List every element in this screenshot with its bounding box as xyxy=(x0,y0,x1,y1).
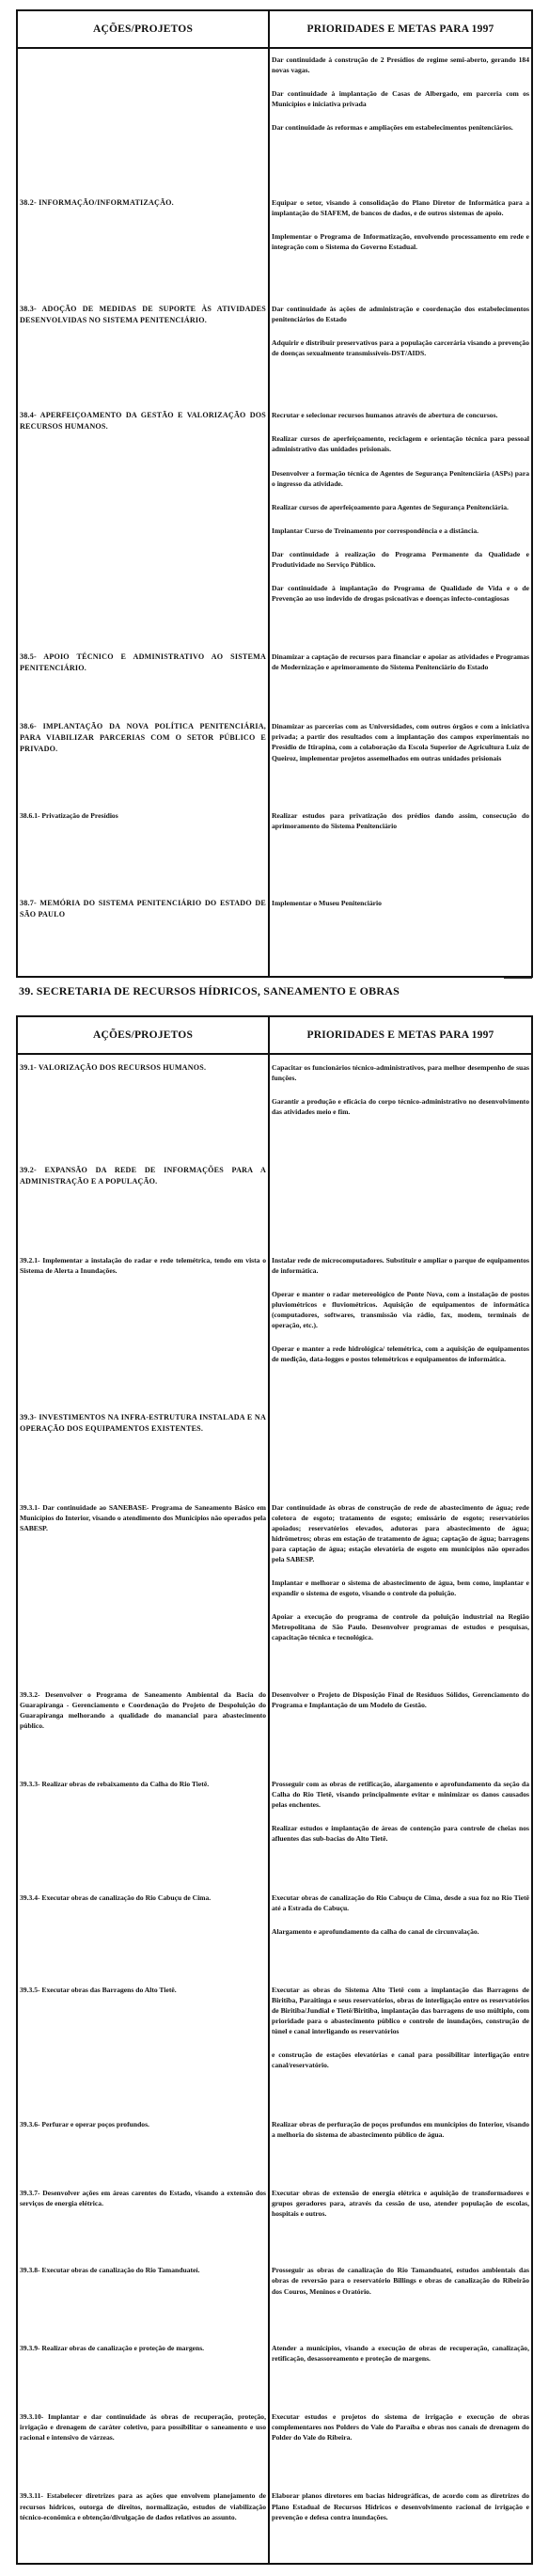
action-cell: 38.4- APERFEIÇOAMENTO DA GESTÃO E VALORI… xyxy=(17,399,269,644)
table-row: 39.3- INVESTIMENTOS NA INFRA-ESTRUTURA I… xyxy=(17,1405,532,1494)
goal-item: Adquirir e distribuir preservativos para… xyxy=(272,338,529,358)
action-cell: 39.3.4- Executar obras de canalização do… xyxy=(17,1885,269,1977)
table-row: 39.3.4- Executar obras de canalização do… xyxy=(17,1885,532,1977)
table-row: 39.3.11- Estabelecer diretrizes para as … xyxy=(17,2483,532,2563)
column-header-actions: AÇÕES/PROJETOS xyxy=(17,1016,269,1054)
action-text: 39.1- VALORIZAÇÃO DOS RECURSOS HUMANOS. xyxy=(20,1062,266,1074)
column-header-actions: AÇÕES/PROJETOS xyxy=(17,10,269,48)
priorities-cell: Executar as obras do Sistema Alto Tietê … xyxy=(269,1977,532,2112)
priorities-cell: Dar continuidade às obras de construção … xyxy=(269,1495,532,1684)
goal-item: Dar continuidade às ações de administraç… xyxy=(272,304,529,324)
goal-item: Implementar o Programa de Informatização… xyxy=(272,231,529,252)
goal-item: Realizar estudos e implantação de áreas … xyxy=(272,1823,529,1844)
table-row: 38.5- APOIO TÉCNICO E ADMINISTRATIVO AO … xyxy=(17,644,532,714)
table-row: 39.2- EXPANSÃO DA REDE DE INFORMAÇÕES PA… xyxy=(17,1157,532,1247)
table-row: Dar continuidade à construção de 2 Presí… xyxy=(17,48,532,173)
priorities-cell: Recrutar e selecionar recursos humanos a… xyxy=(269,399,532,644)
action-cell: 39.2.1- Implementar a instalação do rada… xyxy=(17,1248,269,1406)
goal-item: Executar estudos e projetos do sistema d… xyxy=(272,2411,529,2442)
goal-item: Dinamizar as parcerias com as Universida… xyxy=(272,721,529,762)
table-header-row: AÇÕES/PROJETOS PRIORIDADES E METAS PARA … xyxy=(17,1016,532,1054)
action-cell: 38.6.1- Privatização de Presídios xyxy=(17,803,269,890)
goal-item: Operar e manter o radar metereológico de… xyxy=(272,1289,529,1330)
priorities-cell: Dinamizar a captação de recursos para fi… xyxy=(269,644,532,714)
action-cell: 39.3.8- Executar obras de canalização do… xyxy=(17,2259,269,2336)
action-cell: 39.3.7- Desenvolver ações em áreas caren… xyxy=(17,2180,269,2259)
action-text: 39.3.7- Desenvolver ações em áreas caren… xyxy=(20,2188,266,2208)
action-text: 38.6.1- Privatização de Presídios xyxy=(20,810,266,821)
priorities-cell: Dar continuidade à construção de 2 Presí… xyxy=(269,48,532,173)
table-row: 38.6- IMPLANTAÇÃO DA NOVA POLÍTICA PENIT… xyxy=(17,714,532,803)
goal-item: Operar e manter a rede hidrológica/ tele… xyxy=(272,1343,529,1364)
action-cell: 39.3.6- Perfurar e operar poços profundo… xyxy=(17,2112,269,2180)
table-row: 39.3.5- Executar obras das Barragens do … xyxy=(17,1977,532,2112)
action-text: 39.3.10- Implantar e dar continuidade às… xyxy=(20,2411,266,2442)
priorities-cell: Realizar estudos para privatização dos p… xyxy=(269,803,532,890)
priorities-cell: Capacitar os funcionários técnico-admini… xyxy=(269,1054,532,1157)
action-text: 38.2- INFORMAÇÃO/INFORMATIZAÇÃO. xyxy=(20,197,266,209)
priorities-cell: Atender a municípios, visando a execução… xyxy=(269,2337,532,2404)
table-row: 39.1- VALORIZAÇÃO DOS RECURSOS HUMANOS.C… xyxy=(17,1054,532,1157)
goal-item: Realizar estudos para privatização dos p… xyxy=(272,810,529,831)
action-cell: 39.2- EXPANSÃO DA REDE DE INFORMAÇÕES PA… xyxy=(17,1157,269,1247)
goal-item: Implementar o Museu Penitenciário xyxy=(272,898,529,908)
table-row: 39.3.1- Dar continuidade ao SANEBASE- Pr… xyxy=(17,1495,532,1684)
column-header-priorities: PRIORIDADES E METAS PARA 1997 xyxy=(269,10,532,48)
action-text: 38.6- IMPLANTAÇÃO DA NOVA POLÍTICA PENIT… xyxy=(20,721,266,754)
table-row: 38.7- MEMÓRIA DO SISTEMA PENITENCIÁRIO D… xyxy=(17,890,532,977)
action-cell: 38.6- IMPLANTAÇÃO DA NOVA POLÍTICA PENIT… xyxy=(17,714,269,803)
goal-item: e construção de estações elevatórias e c… xyxy=(272,2050,529,2070)
goal-item: Elaborar planos diretores em bacias hidr… xyxy=(272,2490,529,2521)
goal-item: Implantar Curso de Treinamento por corre… xyxy=(272,526,529,536)
plan-table-section-38: AÇÕES/PROJETOS PRIORIDADES E METAS PARA … xyxy=(16,9,533,978)
action-text: 38.3- ADOÇÃO DE MEDIDAS DE SUPORTE ÀS AT… xyxy=(20,304,266,326)
action-cell: 39.3.1- Dar continuidade ao SANEBASE- Pr… xyxy=(17,1495,269,1684)
action-cell: 39.3.3- Realizar obras de rebaixamento d… xyxy=(17,1771,269,1885)
goal-item: Executar obras de extensão de energia el… xyxy=(272,2188,529,2219)
priorities-cell: Prosseguir com as obras de retificação, … xyxy=(269,1771,532,1885)
action-cell: 39.3.9- Realizar obras de canalização e … xyxy=(17,2337,269,2404)
table-row: 38.4- APERFEIÇOAMENTO DA GESTÃO E VALORI… xyxy=(17,399,532,644)
scan-artifact xyxy=(504,978,532,979)
plan-table-section-39: AÇÕES/PROJETOS PRIORIDADES E METAS PARA … xyxy=(16,1015,533,2565)
priorities-cell: Equipar o setor, visando à consolidação … xyxy=(269,173,532,292)
goal-item: Recrutar e selecionar recursos humanos a… xyxy=(272,410,529,420)
action-text: 39.3.11- Estabelecer diretrizes para as … xyxy=(20,2490,266,2521)
table-row: 39.3.10- Implantar e dar continuidade às… xyxy=(17,2404,532,2483)
goal-item: Realizar obras de perfuração de poços pr… xyxy=(272,2119,529,2140)
goal-item: Prosseguir com as obras de retificação, … xyxy=(272,1779,529,1810)
goal-item: Executar as obras do Sistema Alto Tietê … xyxy=(272,1985,529,2036)
action-cell: 39.1- VALORIZAÇÃO DOS RECURSOS HUMANOS. xyxy=(17,1054,269,1157)
goal-item: Dar continuidade às reformas e ampliaçõe… xyxy=(272,122,529,133)
action-text: 39.3.3- Realizar obras de rebaixamento d… xyxy=(20,1779,266,1789)
priorities-cell xyxy=(269,1157,532,1247)
goal-item: Dar continuidade à realização do Program… xyxy=(272,549,529,570)
action-text: 39.3.6- Perfurar e operar poços profundo… xyxy=(20,2119,266,2129)
table-header-row: AÇÕES/PROJETOS PRIORIDADES E METAS PARA … xyxy=(17,10,532,48)
action-text: 39.3.1- Dar continuidade ao SANEBASE- Pr… xyxy=(20,1502,266,1533)
goal-item: Equipar o setor, visando à consolidação … xyxy=(272,197,529,218)
priorities-cell: Executar obras de canalização do Rio Cab… xyxy=(269,1885,532,1977)
goal-item: Atender a municípios, visando a execução… xyxy=(272,2343,529,2364)
table-row: 39.2.1- Implementar a instalação do rada… xyxy=(17,1248,532,1406)
action-cell: 38.7- MEMÓRIA DO SISTEMA PENITENCIÁRIO D… xyxy=(17,890,269,977)
action-cell: 39.3.10- Implantar e dar continuidade às… xyxy=(17,2404,269,2483)
goal-item: Dar continuidade à implantação do Progra… xyxy=(272,583,529,604)
action-cell: 39.3.2- Desenvolver o Programa de Saneam… xyxy=(17,1684,269,1771)
action-cell: 38.2- INFORMAÇÃO/INFORMATIZAÇÃO. xyxy=(17,173,269,292)
priorities-cell: Prosseguir as obras de canalização do Ri… xyxy=(269,2259,532,2336)
goal-item: Implantar e melhorar o sistema de abaste… xyxy=(272,1578,529,1598)
action-text: 39.3.8- Executar obras de canalização do… xyxy=(20,2265,266,2275)
action-text: 39.3.2- Desenvolver o Programa de Saneam… xyxy=(20,1689,266,1731)
table-row: 39.3.3- Realizar obras de rebaixamento d… xyxy=(17,1771,532,1885)
priorities-cell: Executar obras de extensão de energia el… xyxy=(269,2180,532,2259)
action-text: 39.3- INVESTIMENTOS NA INFRA-ESTRUTURA I… xyxy=(20,1412,266,1435)
priorities-cell: Realizar obras de perfuração de poços pr… xyxy=(269,2112,532,2180)
goal-item: Apoiar a execução do programa de control… xyxy=(272,1611,529,1642)
goal-item: Executar obras de canalização do Rio Cab… xyxy=(272,1893,529,1913)
action-text: 38.4- APERFEIÇOAMENTO DA GESTÃO E VALORI… xyxy=(20,410,266,432)
goal-item: Dar continuidade às obras de construção … xyxy=(272,1502,529,1564)
action-cell: 38.5- APOIO TÉCNICO E ADMINISTRATIVO AO … xyxy=(17,644,269,714)
action-text: 39.3.9- Realizar obras de canalização e … xyxy=(20,2343,266,2353)
goal-item: Desenvolver o Projeto de Disposição Fina… xyxy=(272,1689,529,1710)
table-row: 39.3.8- Executar obras de canalização do… xyxy=(17,2259,532,2336)
goal-item: Prosseguir as obras de canalização do Ri… xyxy=(272,2265,529,2296)
goal-item: Capacitar os funcionários técnico-admini… xyxy=(272,1062,529,1083)
table-row: 38.2- INFORMAÇÃO/INFORMATIZAÇÃO.Equipar … xyxy=(17,173,532,292)
priorities-cell xyxy=(269,1405,532,1494)
action-cell: 39.3.5- Executar obras das Barragens do … xyxy=(17,1977,269,2112)
table-row: 39.3.2- Desenvolver o Programa de Saneam… xyxy=(17,1684,532,1771)
priorities-cell: Dar continuidade às ações de administraç… xyxy=(269,292,532,399)
priorities-cell: Dinamizar as parcerias com as Universida… xyxy=(269,714,532,803)
action-text: 39.3.5- Executar obras das Barragens do … xyxy=(20,1985,266,1995)
goal-item: Dar continuidade à construção de 2 Presí… xyxy=(272,55,529,75)
action-text: 39.2.1- Implementar a instalação do rada… xyxy=(20,1255,266,1276)
table-row: 39.3.6- Perfurar e operar poços profundo… xyxy=(17,2112,532,2180)
goal-item: Desenvolver a formação técnica de Agente… xyxy=(272,468,529,489)
action-cell xyxy=(17,48,269,173)
goal-item: Dinamizar a captação de recursos para fi… xyxy=(272,652,529,672)
section-title: 39. SECRETARIA DE RECURSOS HÍDRICOS, SAN… xyxy=(19,984,400,998)
goal-item: Alargamento e aprofundamento da calha do… xyxy=(272,1926,529,1937)
goal-item: Dar continuidade à implantação de Casas … xyxy=(272,88,529,109)
priorities-cell: Desenvolver o Projeto de Disposição Fina… xyxy=(269,1684,532,1771)
action-text: 39.3.4- Executar obras de canalização do… xyxy=(20,1893,266,1903)
action-text: 39.2- EXPANSÃO DA REDE DE INFORMAÇÕES PA… xyxy=(20,1165,266,1187)
goal-item: Realizar cursos de aperfeiçoamento para … xyxy=(272,502,529,512)
table-row: 38.3- ADOÇÃO DE MEDIDAS DE SUPORTE ÀS AT… xyxy=(17,292,532,399)
goal-item: Instalar rede de microcomputadores. Subs… xyxy=(272,1255,529,1276)
priorities-cell: Implementar o Museu Penitenciário xyxy=(269,890,532,977)
action-text: 38.5- APOIO TÉCNICO E ADMINISTRATIVO AO … xyxy=(20,652,266,674)
document-page: AÇÕES/PROJETOS PRIORIDADES E METAS PARA … xyxy=(0,0,549,2576)
priorities-cell: Executar estudos e projetos do sistema d… xyxy=(269,2404,532,2483)
goal-item: Garantir a produção e eficácia do corpo … xyxy=(272,1096,529,1117)
table-row: 38.6.1- Privatização de PresídiosRealiza… xyxy=(17,803,532,890)
action-cell: 39.3.11- Estabelecer diretrizes para as … xyxy=(17,2483,269,2563)
action-cell: 39.3- INVESTIMENTOS NA INFRA-ESTRUTURA I… xyxy=(17,1405,269,1494)
action-text: 38.7- MEMÓRIA DO SISTEMA PENITENCIÁRIO D… xyxy=(20,898,266,920)
priorities-cell: Elaborar planos diretores em bacias hidr… xyxy=(269,2483,532,2563)
goal-item: Realizar cursos de aperfeiçoamento, reci… xyxy=(272,433,529,454)
priorities-cell: Instalar rede de microcomputadores. Subs… xyxy=(269,1248,532,1406)
action-cell: 38.3- ADOÇÃO DE MEDIDAS DE SUPORTE ÀS AT… xyxy=(17,292,269,399)
table-row: 39.3.7- Desenvolver ações em áreas caren… xyxy=(17,2180,532,2259)
table-row: 39.3.9- Realizar obras de canalização e … xyxy=(17,2337,532,2404)
column-header-priorities: PRIORIDADES E METAS PARA 1997 xyxy=(269,1016,532,1054)
